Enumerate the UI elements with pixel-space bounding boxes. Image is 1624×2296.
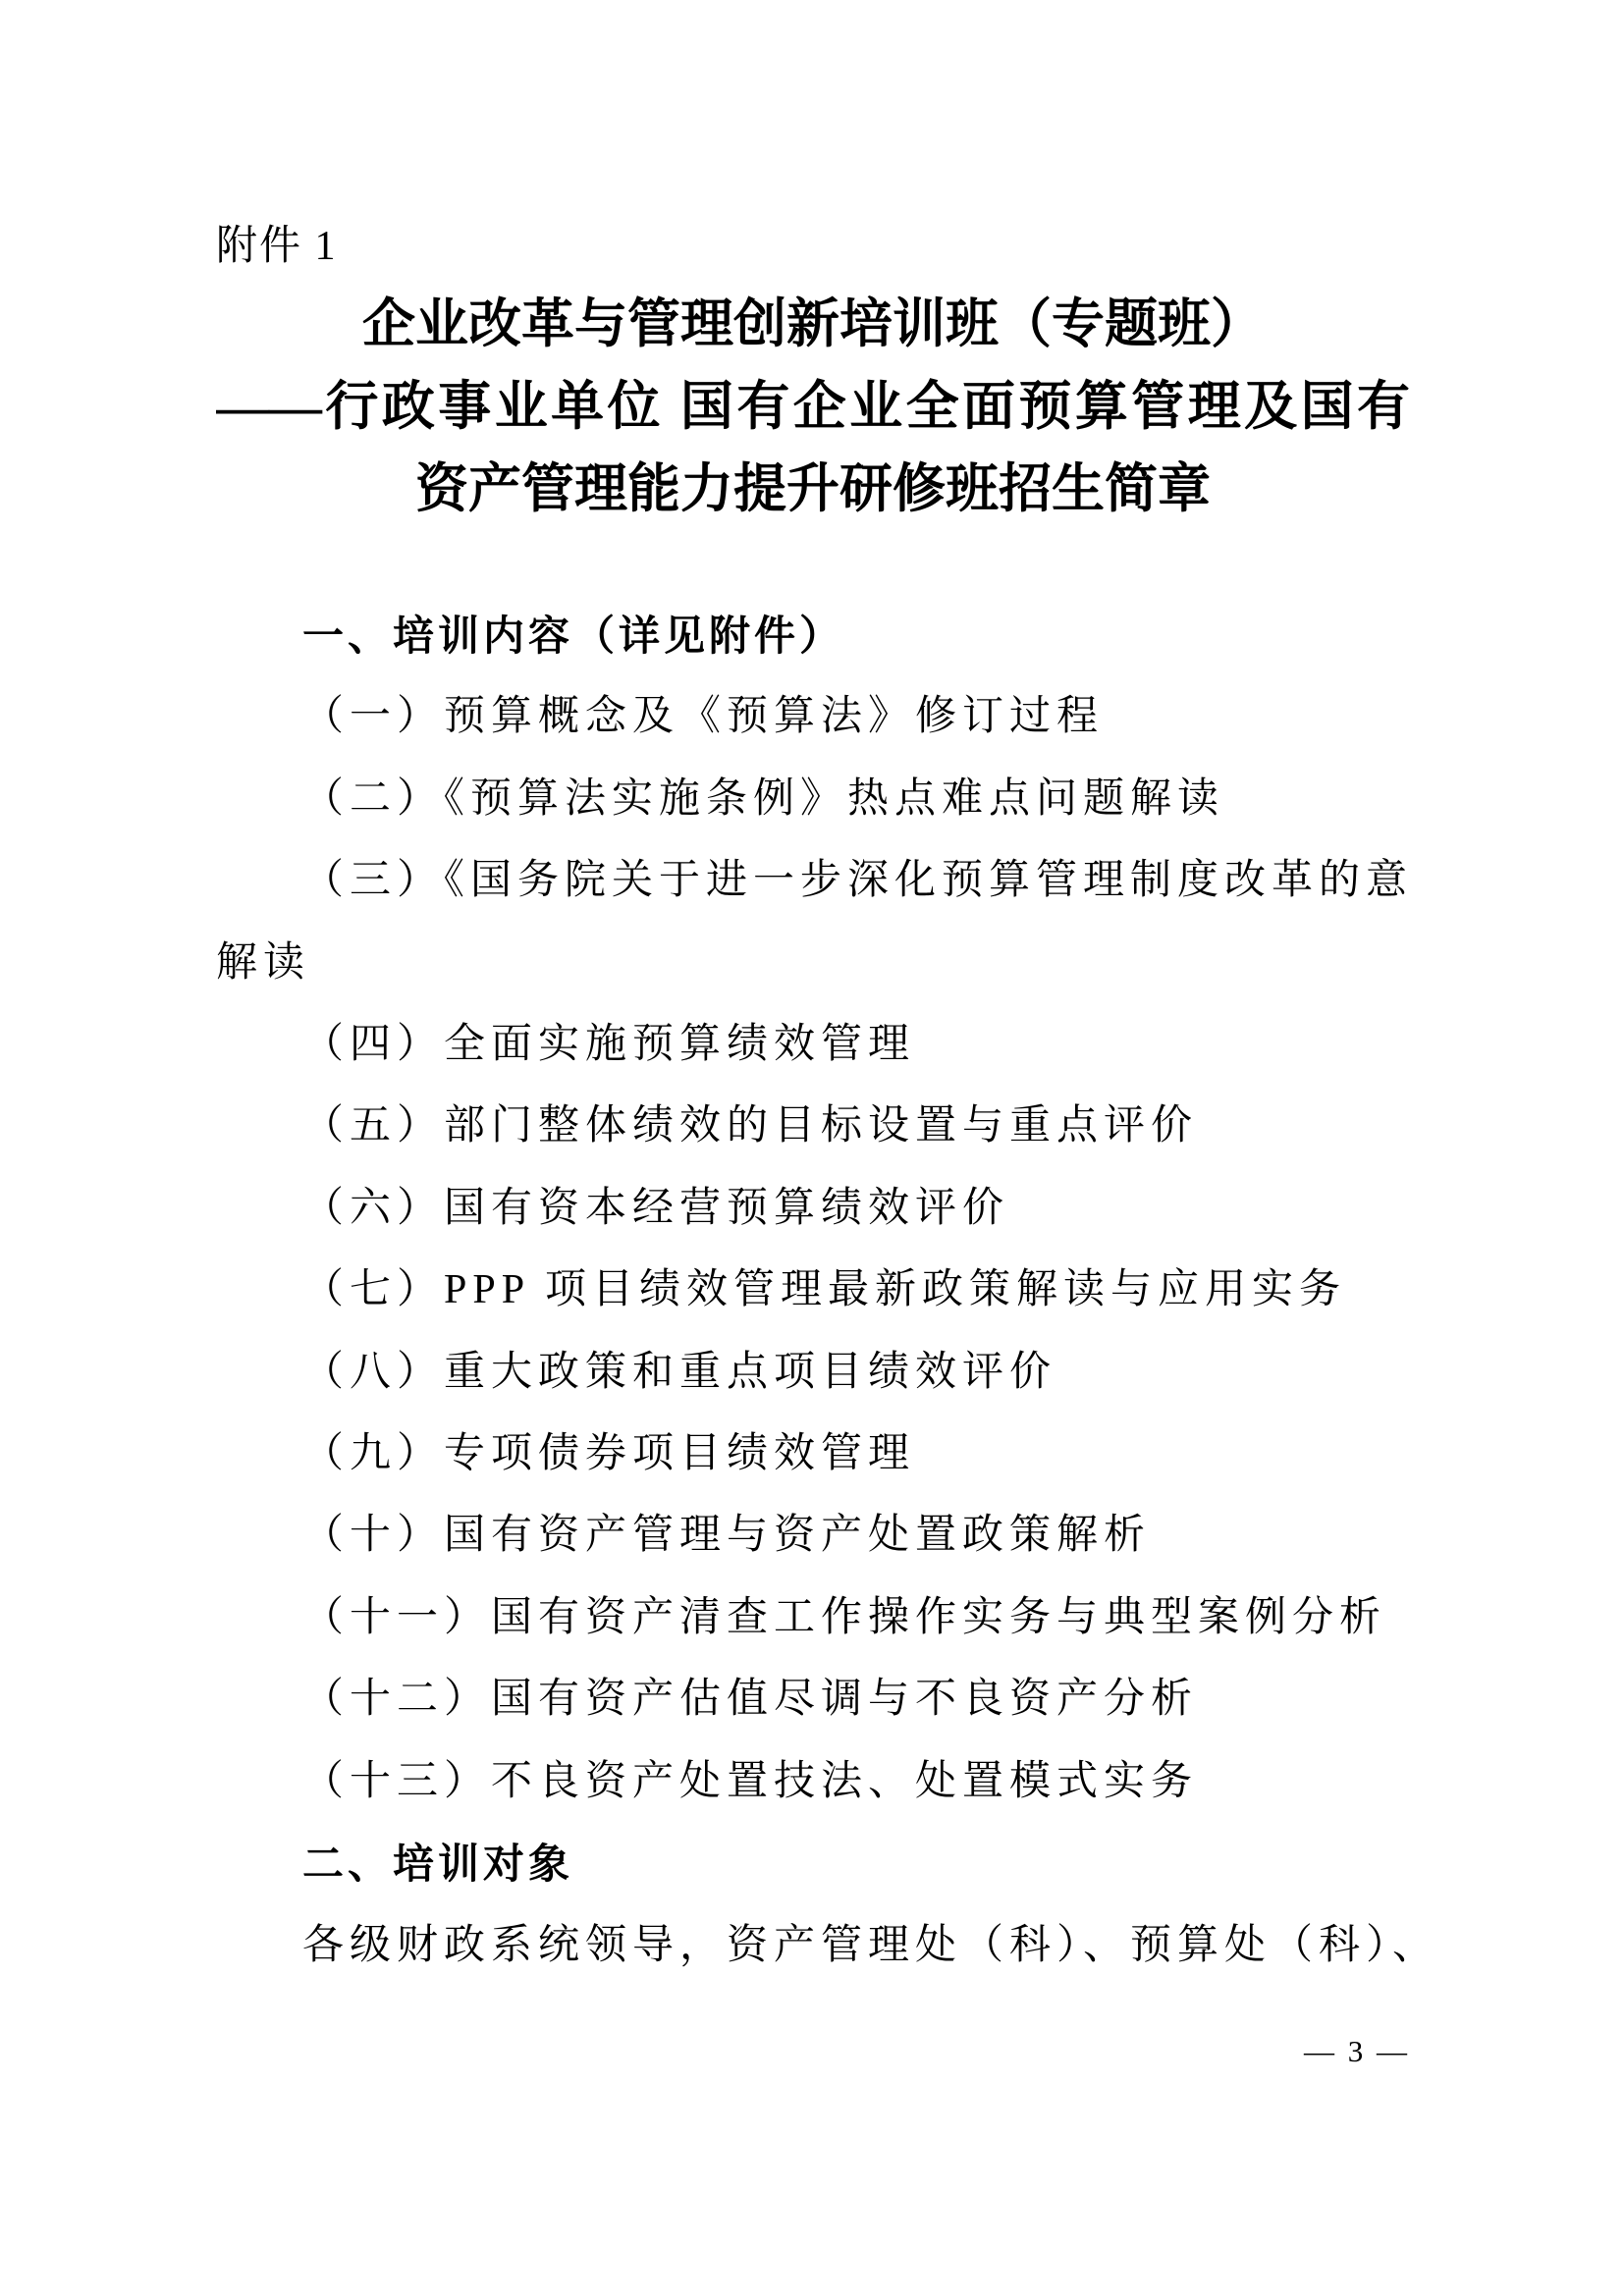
content-item-6: （六）国有资本经营预算绩效评价 — [216, 1168, 1410, 1250]
title-line-2: ——行政事业单位 国有企业全面预算管理及国有 — [216, 365, 1410, 448]
content-item-13: （十三）不良资产处置技法、处置模式实务 — [216, 1741, 1410, 1823]
document-title: 企业改革与管理创新培训班（专题班） ——行政事业单位 国有企业全面预算管理及国有… — [216, 283, 1410, 530]
content-item-8: （八）重大政策和重点项目绩效评价 — [216, 1332, 1410, 1414]
title-line-3: 资产管理能力提升研修班招生简章 — [216, 448, 1410, 530]
content-item-3: （三）《国务院关于进一步深化预算管理制度改革的意见》 — [216, 840, 1410, 922]
section-1-heading: 一、培训内容（详见附件） — [216, 595, 1410, 676]
content-item-5: （五）部门整体绩效的目标设置与重点评价 — [216, 1086, 1410, 1167]
page-number: — 3 — — [1304, 2034, 1410, 2069]
content-item-4: （四）全面实施预算绩效管理 — [216, 1004, 1410, 1086]
section-2-heading: 二、培训对象 — [216, 1823, 1410, 1904]
content-item-7: （七）PPP 项目绩效管理最新政策解读与应用实务 — [216, 1250, 1410, 1331]
audience-paragraph-line: 各级财政系统领导，资产管理处（科）、预算处（科）、绩 — [216, 1905, 1410, 1987]
content-item-1: （一）预算概念及《预算法》修订过程 — [216, 676, 1410, 758]
document-page: 附件 1 企业改革与管理创新培训班（专题班） ——行政事业单位 国有企业全面预算… — [0, 0, 1624, 2296]
content-item-12: （十二）国有资产估值尽调与不良资产分析 — [216, 1659, 1410, 1740]
attachment-label: 附件 1 — [216, 224, 1410, 269]
body-text: 一、培训内容（详见附件） （一）预算概念及《预算法》修订过程 （二）《预算法实施… — [216, 595, 1410, 1987]
content-item-3-continuation: 解读 — [216, 923, 1410, 1004]
content-item-10: （十）国有资产管理与资产处置政策解析 — [216, 1495, 1410, 1576]
page-content: 附件 1 企业改革与管理创新培训班（专题班） ——行政事业单位 国有企业全面预算… — [216, 0, 1410, 1987]
content-item-2: （二）《预算法实施条例》热点难点问题解读 — [216, 759, 1410, 840]
content-item-9: （九）专项债券项目绩效管理 — [216, 1414, 1410, 1495]
title-line-1: 企业改革与管理创新培训班（专题班） — [216, 283, 1410, 365]
content-item-11: （十一）国有资产清查工作操作实务与典型案例分析 — [216, 1577, 1410, 1659]
